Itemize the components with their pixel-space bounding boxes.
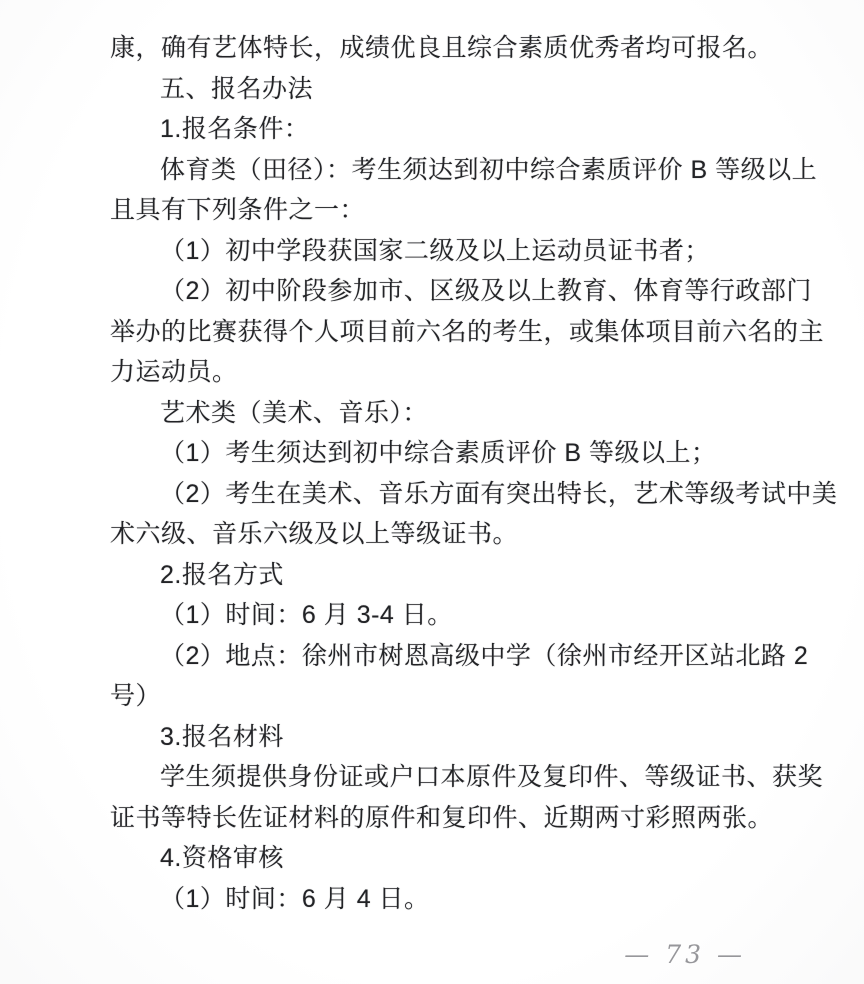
text-line: 1.报名条件：	[110, 109, 758, 150]
text-line: （1）考生须达到初中综合素质评价 B 等级以上；	[110, 433, 758, 474]
text-line: 号）	[110, 676, 758, 717]
text-line: 举办的比赛获得个人项目前六名的考生，或集体项目前六名的主	[110, 312, 758, 353]
text-line: （1）时间：6 月 3-4 日。	[110, 595, 758, 636]
text-line: （2）考生在美术、音乐方面有突出特长，艺术等级考试中美	[110, 474, 758, 515]
text-line: （2）地点：徐州市树恩高级中学（徐州市经开区站北路 2	[110, 636, 758, 677]
document-body: 康，确有艺体特长，成绩优良且综合素质优秀者均可报名。五、报名办法1.报名条件：体…	[110, 28, 758, 919]
text-line: 3.报名材料	[110, 717, 758, 758]
text-line: 术六级、音乐六级及以上等级证书。	[110, 514, 758, 555]
text-line: （1）初中学段获国家二级及以上运动员证书者；	[110, 231, 758, 272]
text-line: 学生须提供身份证或户口本原件及复印件、等级证书、获奖	[110, 757, 758, 798]
text-line: （1）时间：6 月 4 日。	[110, 879, 758, 920]
text-line: 力运动员。	[110, 352, 758, 393]
document-page: 康，确有艺体特长，成绩优良且综合素质优秀者均可报名。五、报名办法1.报名条件：体…	[0, 0, 864, 984]
text-line: 艺术类（美术、音乐）：	[110, 393, 758, 434]
text-line: （2）初中阶段参加市、区级及以上教育、体育等行政部门	[110, 271, 758, 312]
page-number: — 73 —	[624, 940, 746, 969]
text-line: 且具有下列条件之一：	[110, 190, 758, 231]
text-line: 五、报名办法	[110, 69, 758, 110]
text-line: 2.报名方式	[110, 555, 758, 596]
text-line: 体育类（田径）：考生须达到初中综合素质评价 B 等级以上	[110, 150, 758, 191]
text-line: 证书等特长佐证材料的原件和复印件、近期两寸彩照两张。	[110, 798, 758, 839]
text-line: 康，确有艺体特长，成绩优良且综合素质优秀者均可报名。	[110, 28, 758, 69]
text-line: 4.资格审核	[110, 838, 758, 879]
